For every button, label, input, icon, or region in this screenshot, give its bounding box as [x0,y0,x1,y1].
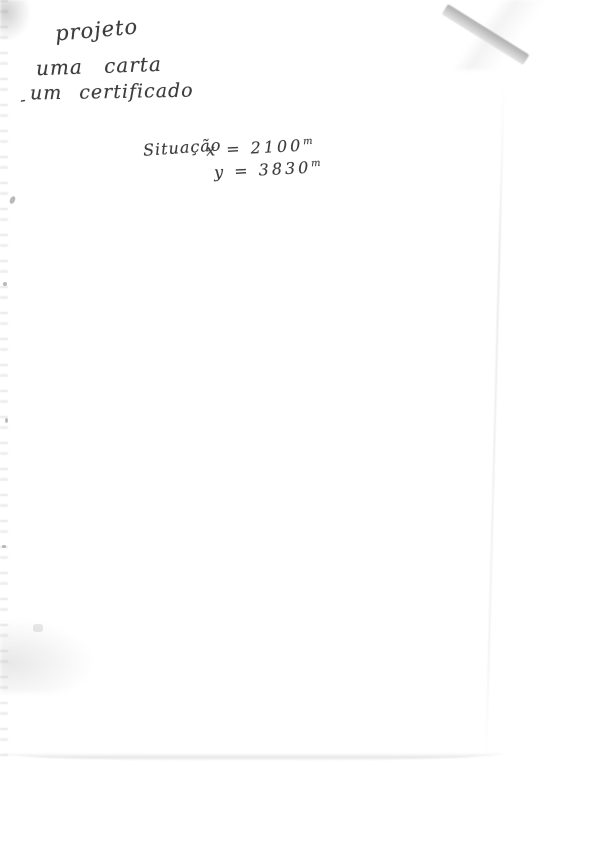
paper-bottom-edge [0,753,505,761]
edge-speck [2,545,6,548]
edge-speck [3,282,7,286]
handwritten-line-uma-carta: uma carta [36,52,163,80]
paper-mark [33,624,43,632]
handwritten-line-um-certificado: um certificado [30,80,194,105]
stray-dash-mark: - [18,90,28,110]
situation-x-coordinate: x = 2100m [206,135,314,160]
situation-y-coordinate: y = 3830m [214,157,322,182]
situation-y-unit: m [311,158,321,169]
paper-right-crease [485,80,505,760]
scanned-page: projeto uma carta - um certificado Situa… [0,0,600,849]
situation-y-value: y = 3830 [214,158,312,182]
edge-speck [9,195,17,204]
top-left-smudge [0,0,30,40]
bottom-left-smudge [0,618,95,693]
situation-x-value: x = 2100 [206,136,304,160]
handwritten-line-projeto: projeto [54,14,139,45]
situation-x-unit: m [303,136,313,147]
edge-speck [5,418,8,423]
